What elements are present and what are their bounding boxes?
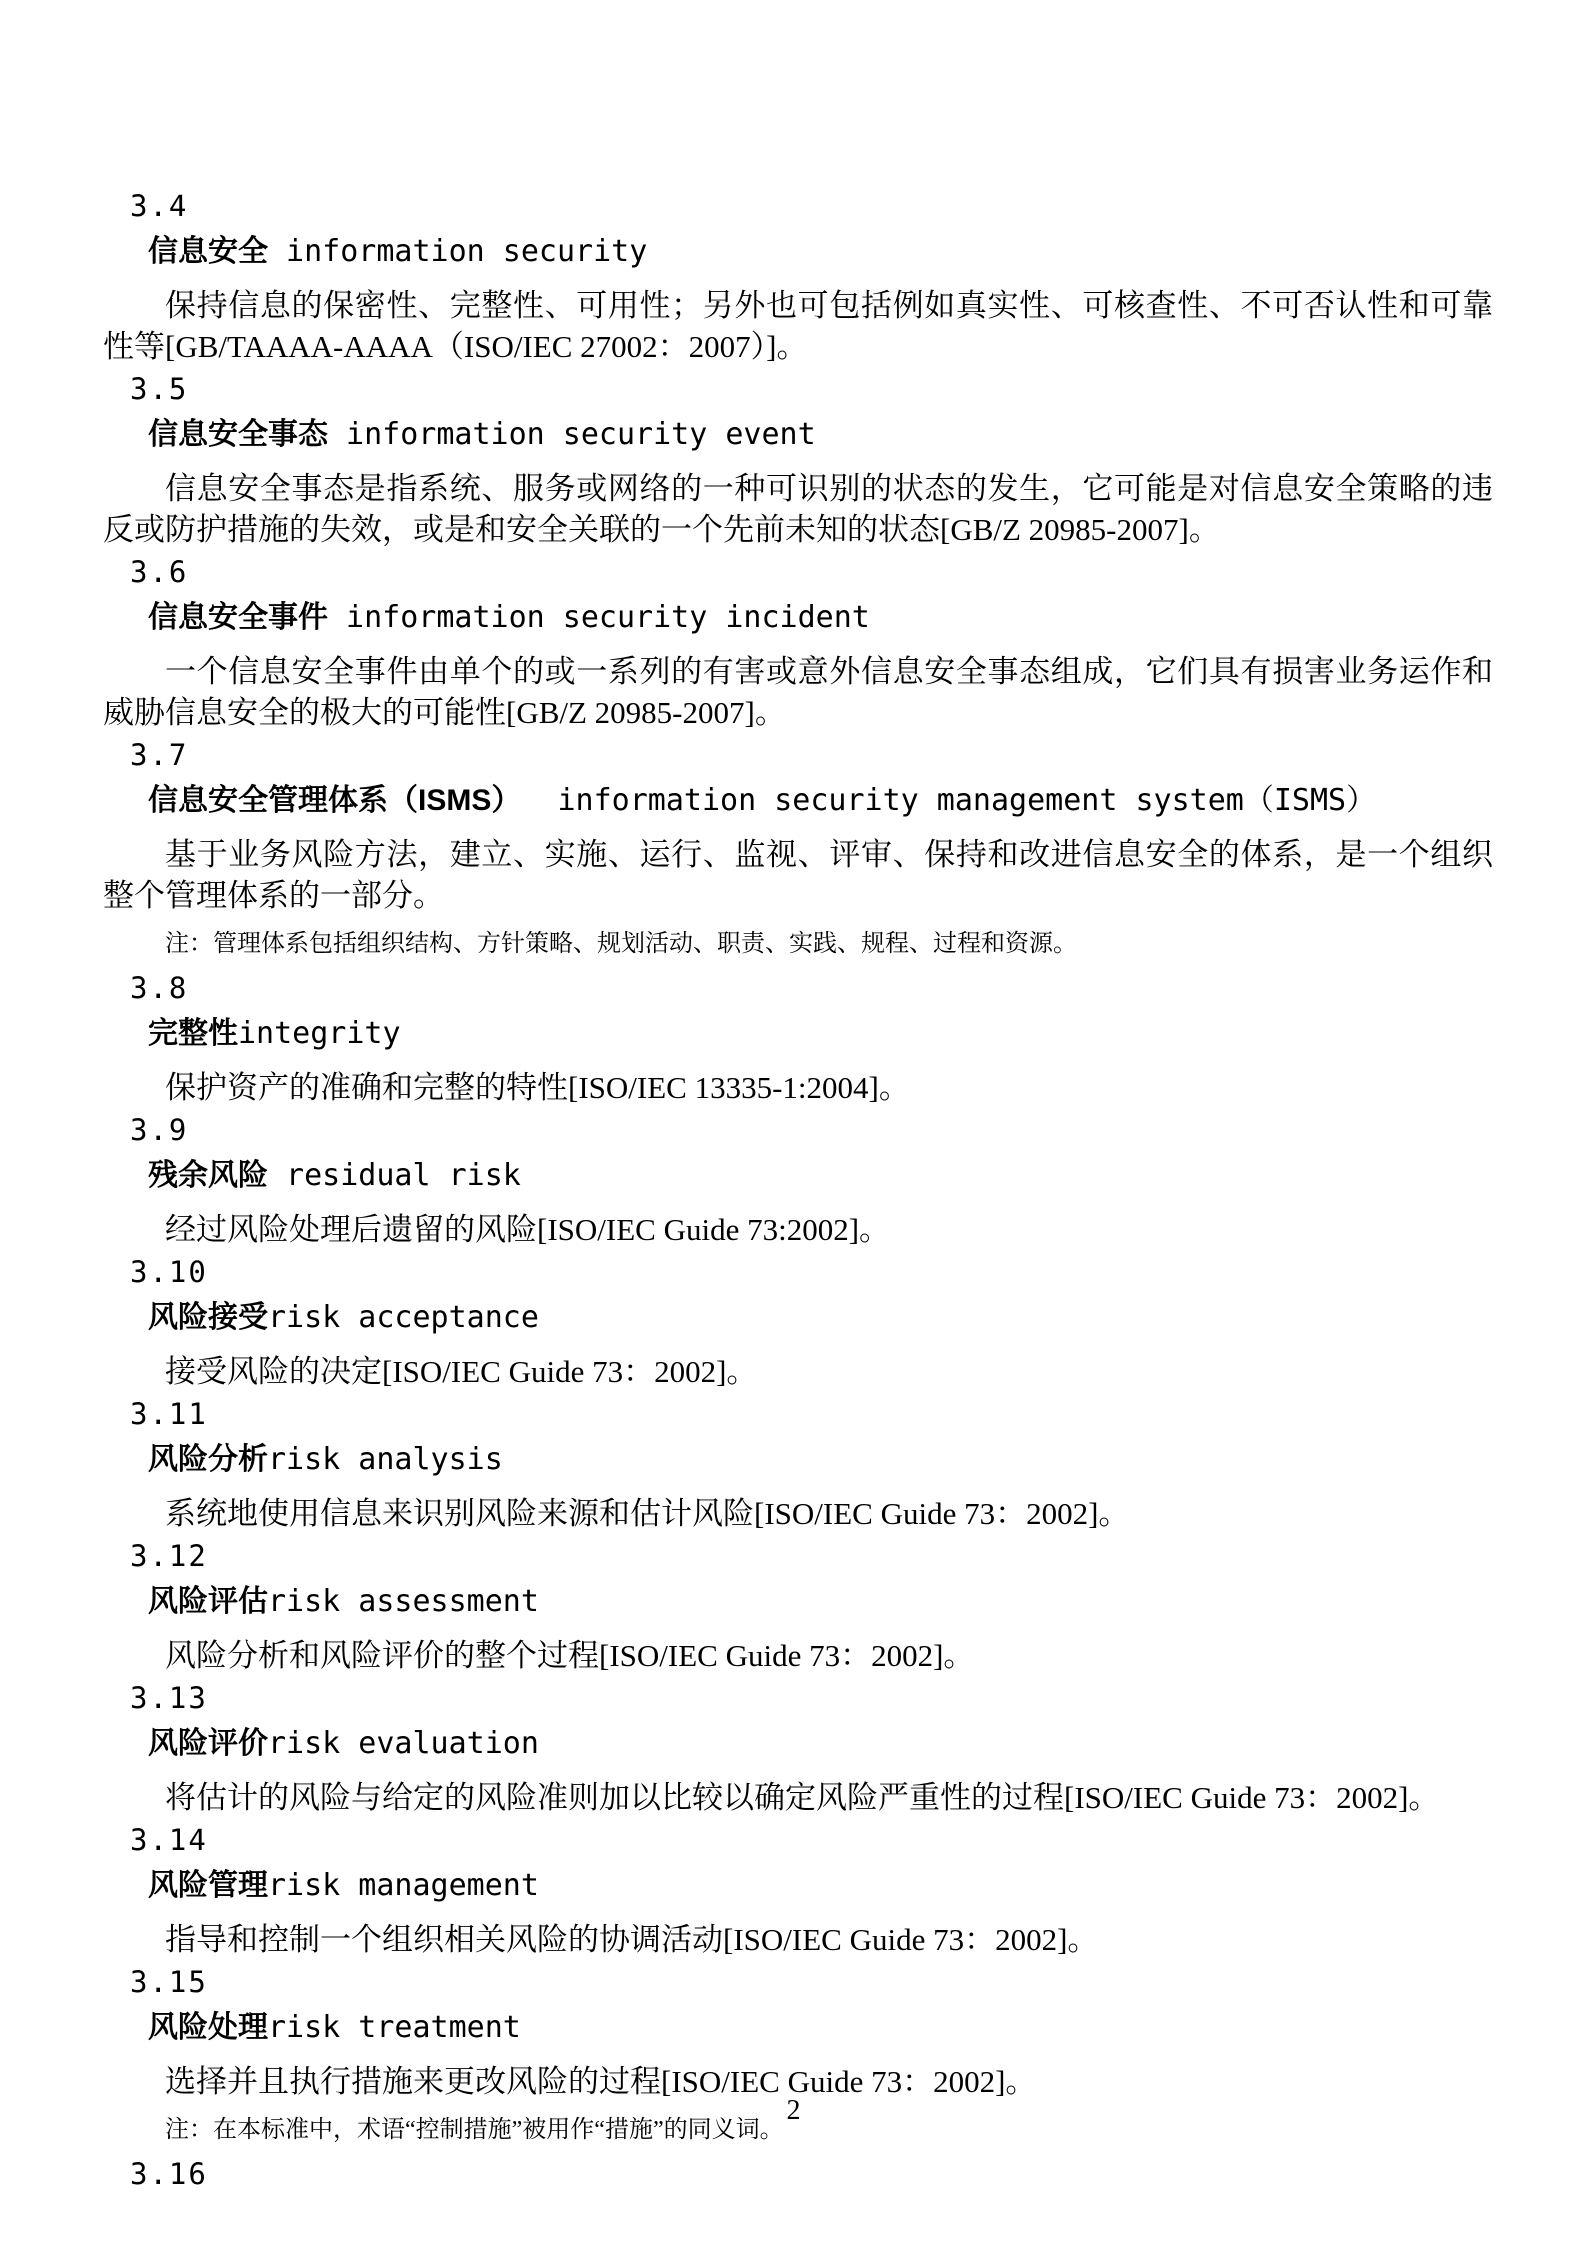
definition-paragraph: 接受风险的决定[ISO/IEC Guide 73：2002]。 (103, 1351, 1493, 1392)
term-chinese: 残余风险 (148, 1159, 268, 1192)
term-chinese: 风险评价 (148, 1727, 268, 1760)
term-english: risk evaluation (268, 1726, 539, 1761)
section-body: 接受风险的决定[ISO/IEC Guide 73：2002]。 (103, 1351, 1493, 1392)
section-number: 3.14 (130, 1818, 1493, 1862)
section-body: 风险分析和风险评价的整个过程[ISO/IEC Guide 73：2002]。 (103, 1635, 1493, 1676)
term-english: information security management system（I… (521, 783, 1376, 818)
terms-definitions-list: 3.4 信息安全 information security 保持信息的保密性、完… (103, 184, 1493, 2196)
section-number: 3.7 (130, 733, 1493, 777)
term-heading: 风险评价risk evaluation (148, 1720, 1493, 1768)
section-body: 保持信息的保密性、完整性、可用性；另外也可包括例如真实性、可核查性、不可否认性和… (103, 285, 1493, 367)
definition-paragraph: 保持信息的保密性、完整性、可用性；另外也可包括例如真实性、可核查性、不可否认性和… (103, 285, 1493, 367)
section-body: 信息安全事态是指系统、服务或网络的一种可识别的状态的发生，它可能是对信息安全策略… (103, 468, 1493, 550)
term-chinese: 风险分析 (148, 1443, 268, 1476)
section-number: 3.9 (130, 1108, 1493, 1152)
section-number: 3.6 (130, 550, 1493, 594)
section-number: 3.4 (130, 184, 1493, 228)
term-chinese: 风险评估 (148, 1585, 268, 1618)
term-english: information security incident (328, 600, 870, 635)
term-chinese: 信息安全管理体系（ISMS） (148, 784, 521, 817)
section-body: 经过风险处理后遗留的风险[ISO/IEC Guide 73:2002]。 (103, 1209, 1493, 1250)
term-chinese: 信息安全事态 (148, 418, 328, 451)
term-english: residual risk (268, 1158, 521, 1193)
term-heading: 风险处理risk treatment (148, 2004, 1493, 2052)
term-english: risk treatment (268, 2010, 521, 2045)
term-english: risk analysis (268, 1442, 503, 1477)
section-body: 将估计的风险与给定的风险准则加以比较以确定风险严重性的过程[ISO/IEC Gu… (103, 1777, 1493, 1818)
term-heading: 信息安全事件 information security incident (148, 594, 1493, 642)
definition-paragraph: 系统地使用信息来识别风险来源和估计风险[ISO/IEC Guide 73：200… (103, 1493, 1493, 1534)
term-heading: 风险接受risk acceptance (148, 1294, 1493, 1342)
term-chinese: 完整性 (148, 1017, 238, 1050)
section-number: 3.11 (130, 1392, 1493, 1436)
term-heading: 信息安全 information security (148, 228, 1493, 276)
term-english: risk acceptance (268, 1300, 539, 1335)
term-english: integrity (238, 1016, 401, 1051)
definition-paragraph: 一个信息安全事件由单个的或一系列的有害或意外信息安全事态组成，它们具有损害业务运… (103, 651, 1493, 733)
definition-paragraph: 保护资产的准确和完整的特性[ISO/IEC 13335-1:2004]。 (103, 1067, 1493, 1108)
section-number: 3.13 (130, 1676, 1493, 1720)
term-chinese: 风险管理 (148, 1869, 268, 1902)
section-body: 基于业务风险方法，建立、实施、运行、监视、评审、保持和改进信息安全的体系，是一个… (103, 834, 1493, 964)
definition-paragraph: 信息安全事态是指系统、服务或网络的一种可识别的状态的发生，它可能是对信息安全策略… (103, 468, 1493, 550)
section-body: 系统地使用信息来识别风险来源和估计风险[ISO/IEC Guide 73：200… (103, 1493, 1493, 1534)
term-english: information security (268, 234, 647, 269)
term-heading: 完整性integrity (148, 1010, 1493, 1058)
term-entry: 3.12 风险评估risk assessment 风险分析和风险评价的整个过程[… (103, 1534, 1493, 1676)
section-number: 3.8 (130, 966, 1493, 1010)
definition-paragraph: 将估计的风险与给定的风险准则加以比较以确定风险严重性的过程[ISO/IEC Gu… (103, 1777, 1493, 1818)
term-entry: 3.14 风险管理risk management 指导和控制一个组织相关风险的协… (103, 1818, 1493, 1960)
term-chinese: 风险接受 (148, 1301, 268, 1334)
term-chinese: 风险处理 (148, 2011, 268, 2044)
term-heading: 信息安全事态 information security event (148, 411, 1493, 459)
term-english: risk management (268, 1868, 539, 1903)
section-number: 3.15 (130, 1960, 1493, 2004)
section-body: 指导和控制一个组织相关风险的协调活动[ISO/IEC Guide 73：2002… (103, 1919, 1493, 1960)
term-chinese: 信息安全 (148, 235, 268, 268)
term-entry: 3.7 信息安全管理体系（ISMS） information security … (103, 733, 1493, 964)
section-number: 3.10 (130, 1250, 1493, 1294)
term-entry: 3.16 (103, 2152, 1493, 2196)
section-body: 一个信息安全事件由单个的或一系列的有害或意外信息安全事态组成，它们具有损害业务运… (103, 651, 1493, 733)
definition-paragraph: 风险分析和风险评价的整个过程[ISO/IEC Guide 73：2002]。 (103, 1635, 1493, 1676)
term-entry: 3.8 完整性integrity 保护资产的准确和完整的特性[ISO/IEC 1… (103, 966, 1493, 1108)
term-entry: 3.9 残余风险 residual risk 经过风险处理后遗留的风险[ISO/… (103, 1108, 1493, 1250)
term-heading: 信息安全管理体系（ISMS） information security mana… (148, 777, 1493, 825)
term-english: information security event (328, 417, 816, 452)
page-number: 2 (0, 2095, 1587, 2127)
definition-paragraph: 指导和控制一个组织相关风险的协调活动[ISO/IEC Guide 73：2002… (103, 1919, 1493, 1960)
note-text: 注：管理体系包括组织结构、方针策略、规划活动、职责、实践、规程、过程和资源。 (165, 924, 1493, 964)
term-heading: 风险管理risk management (148, 1862, 1493, 1910)
term-entry: 3.4 信息安全 information security 保持信息的保密性、完… (103, 184, 1493, 367)
term-entry: 3.5 信息安全事态 information security event 信息… (103, 367, 1493, 550)
document-page: 3.4 信息安全 information security 保持信息的保密性、完… (0, 0, 1587, 2245)
section-number: 3.5 (130, 367, 1493, 411)
section-number: 3.12 (130, 1534, 1493, 1578)
term-entry: 3.10 风险接受risk acceptance 接受风险的决定[ISO/IEC… (103, 1250, 1493, 1392)
section-body: 保护资产的准确和完整的特性[ISO/IEC 13335-1:2004]。 (103, 1067, 1493, 1108)
definition-paragraph: 基于业务风险方法，建立、实施、运行、监视、评审、保持和改进信息安全的体系，是一个… (103, 834, 1493, 916)
term-english: risk assessment (268, 1584, 539, 1619)
term-heading: 风险分析risk analysis (148, 1436, 1493, 1484)
term-heading: 残余风险 residual risk (148, 1152, 1493, 1200)
term-chinese: 信息安全事件 (148, 601, 328, 634)
definition-paragraph: 经过风险处理后遗留的风险[ISO/IEC Guide 73:2002]。 (103, 1209, 1493, 1250)
section-number: 3.16 (130, 2152, 1493, 2196)
term-heading: 风险评估risk assessment (148, 1578, 1493, 1626)
term-entry: 3.13 风险评价risk evaluation 将估计的风险与给定的风险准则加… (103, 1676, 1493, 1818)
term-entry: 3.6 信息安全事件 information security incident… (103, 550, 1493, 733)
term-entry: 3.11 风险分析risk analysis 系统地使用信息来识别风险来源和估计… (103, 1392, 1493, 1534)
